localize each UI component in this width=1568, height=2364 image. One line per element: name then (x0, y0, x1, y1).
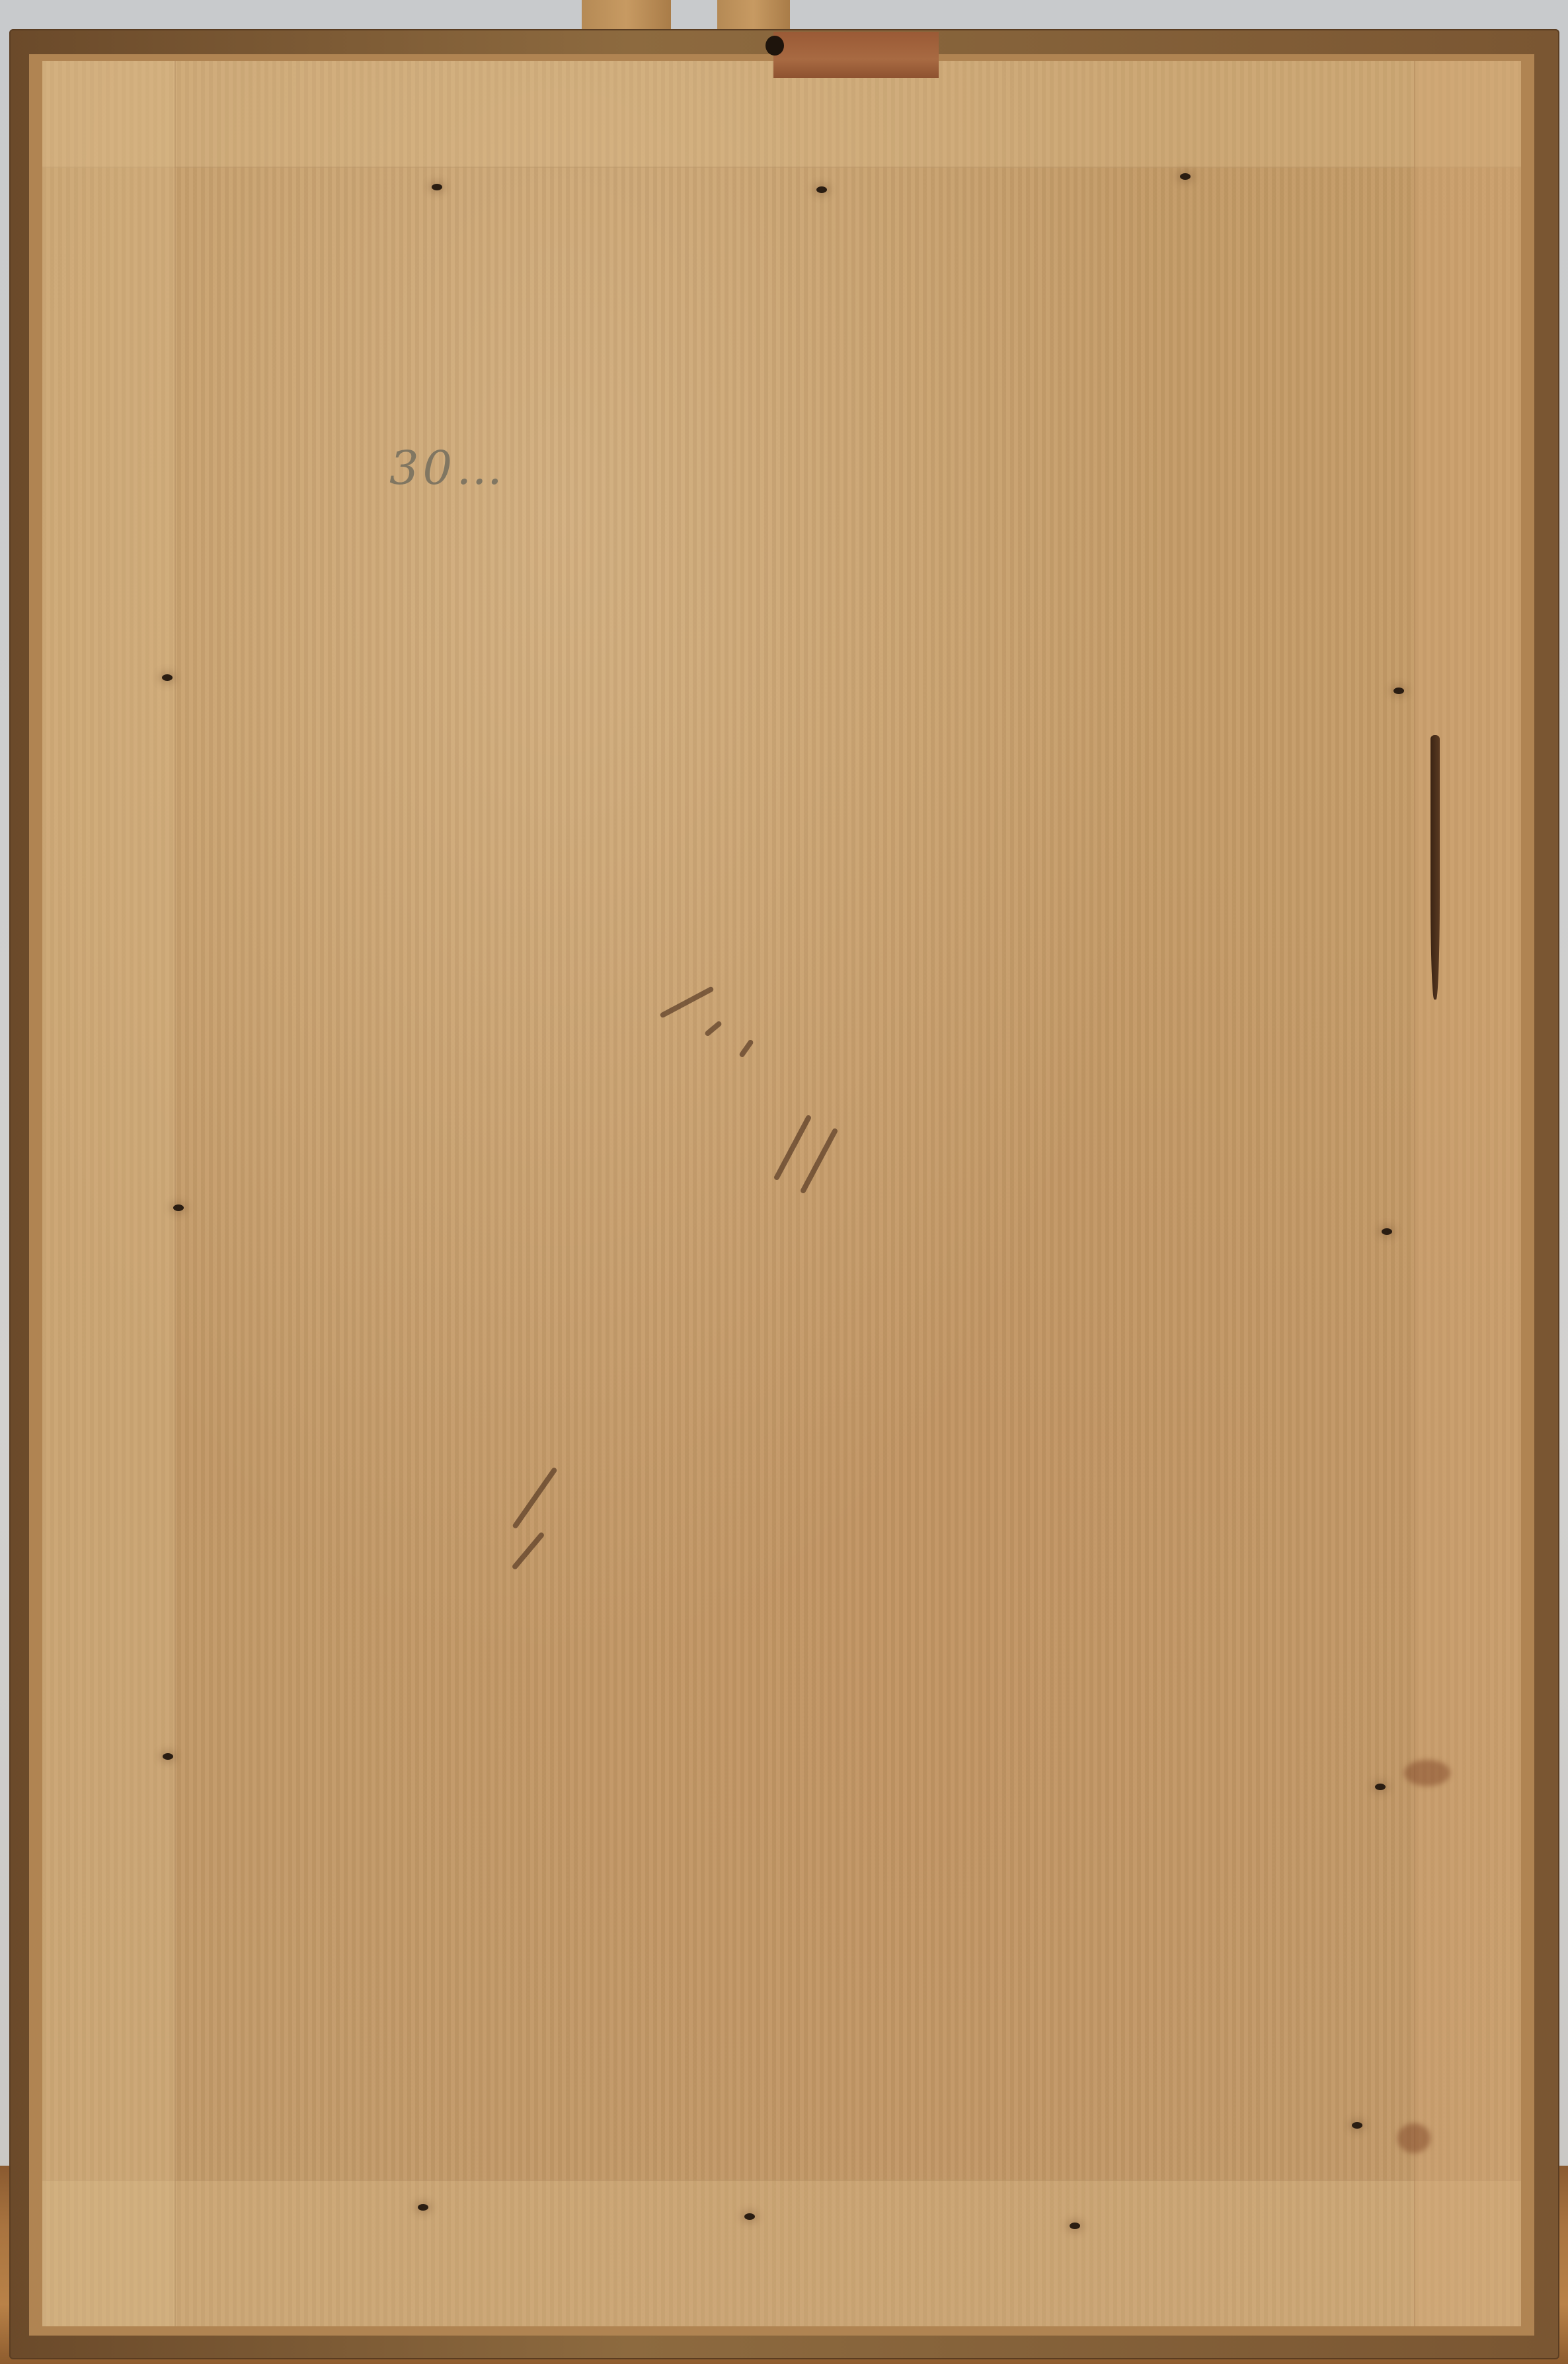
brown-tape-strip (773, 32, 939, 78)
hanging-hole (765, 36, 784, 56)
nail (1180, 173, 1191, 180)
nail (1070, 2223, 1080, 2229)
nail (1382, 1228, 1392, 1235)
frame-rabbet: 30… (29, 54, 1534, 2336)
stain (1397, 2123, 1431, 2153)
pencil-inscription: 30… (389, 441, 506, 495)
nail (418, 2204, 428, 2211)
ink-mark (704, 1020, 723, 1037)
kraft-paper-backing: 30… (42, 61, 1521, 2326)
ink-mark (659, 986, 714, 1018)
paper-fold-left (42, 61, 176, 2326)
nail (432, 184, 442, 190)
nail (173, 1204, 184, 1211)
nail (163, 1753, 173, 1760)
paper-fold-right (1414, 61, 1521, 2326)
paper-tear (1431, 735, 1440, 1000)
paper-fold-bottom (42, 2180, 1521, 2326)
nail (816, 186, 827, 193)
ink-mark (773, 1115, 812, 1181)
nail (744, 2213, 755, 2220)
nail (1375, 1784, 1386, 1790)
nail (162, 674, 173, 681)
ink-mark (511, 1532, 545, 1571)
stain (1404, 1760, 1450, 1786)
nail (1352, 2122, 1362, 2129)
ink-mark (512, 1467, 558, 1530)
ink-mark (800, 1128, 839, 1195)
picture-frame: 30… (9, 29, 1559, 2359)
ink-mark (738, 1039, 754, 1058)
nail (1393, 688, 1404, 694)
